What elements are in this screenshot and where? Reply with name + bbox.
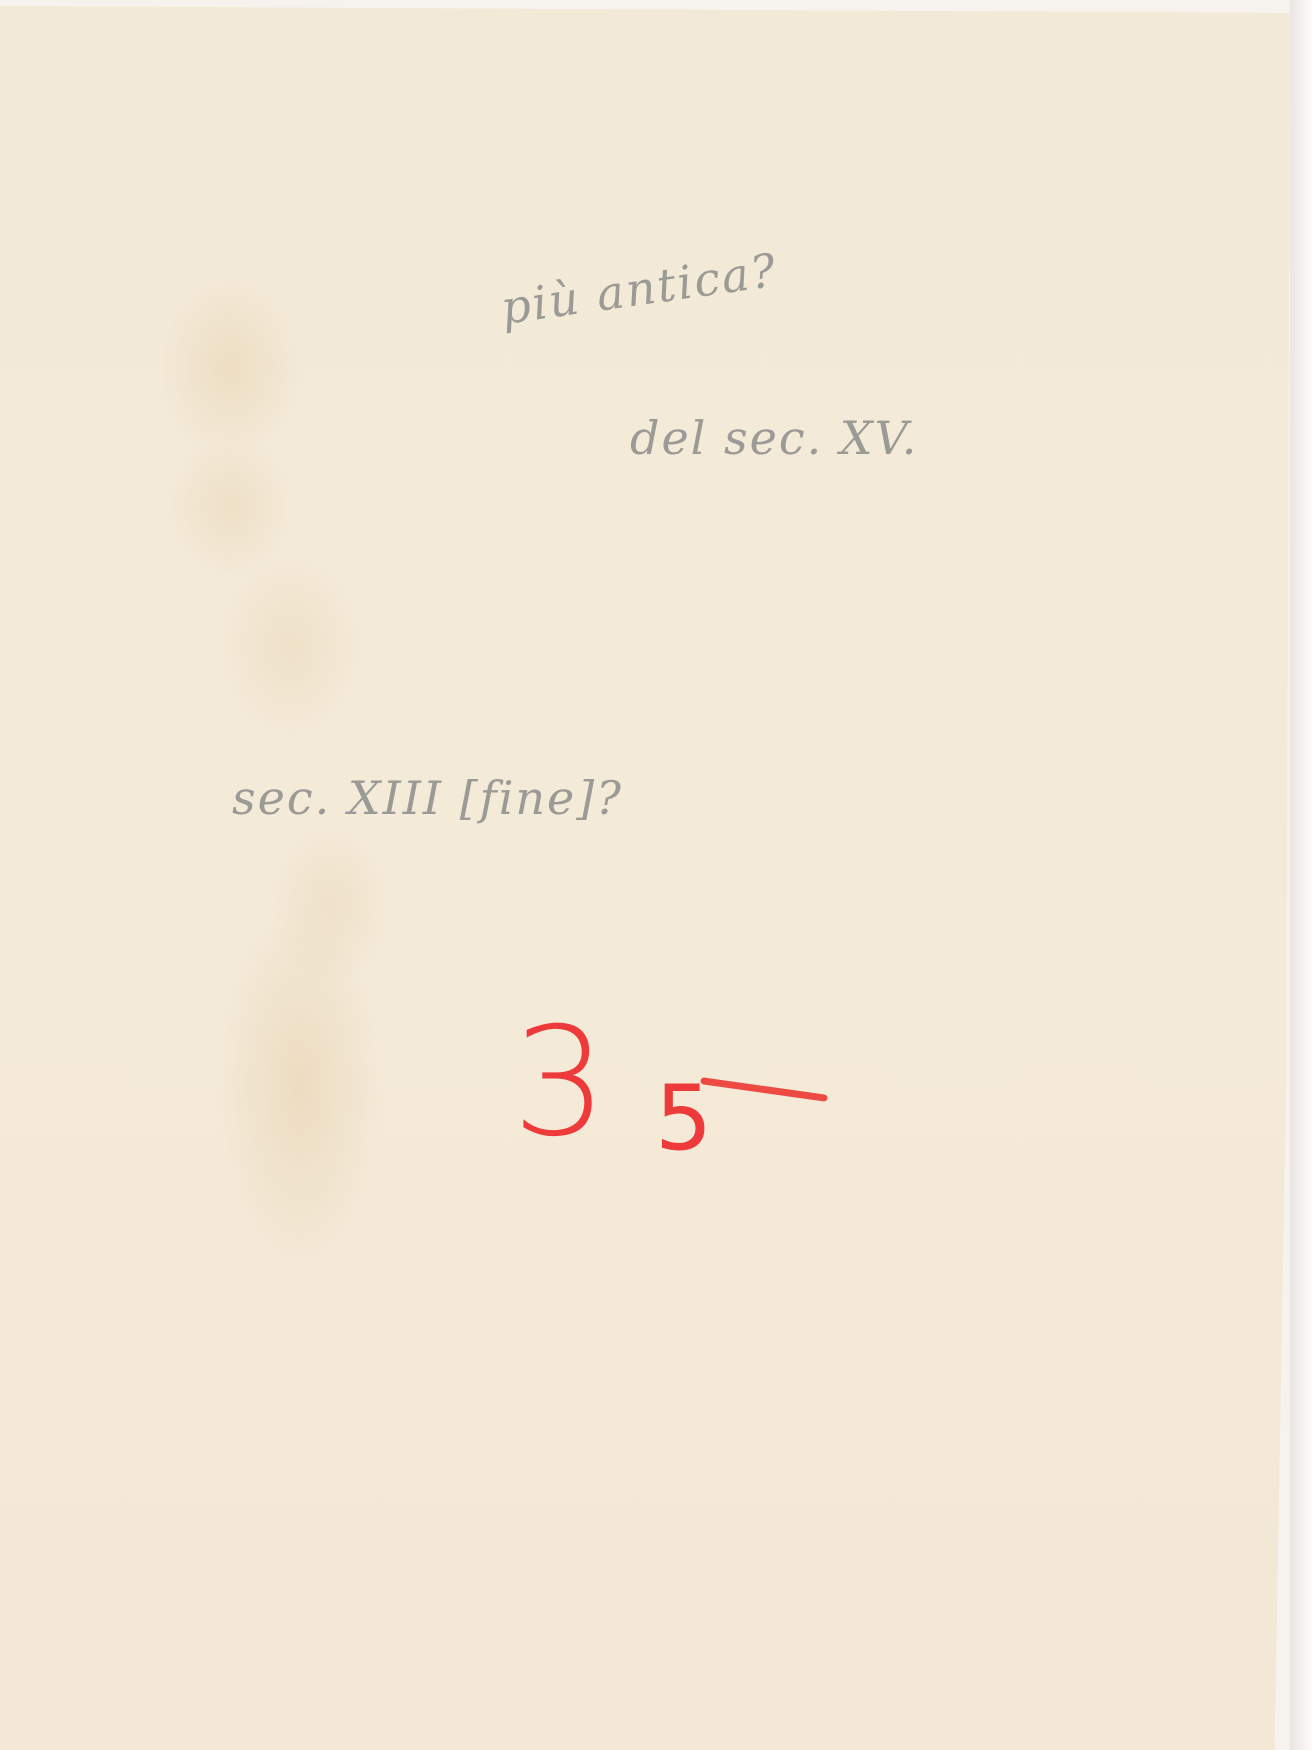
red-underline-stroke [700,1077,828,1102]
pencil-note-piu-antica: più antica? [497,243,780,335]
paper-card: più antica? del sec. XV. sec. XIII [fine… [0,6,1290,1750]
red-number-digit-3: 3 [512,996,607,1170]
pencil-note-sec-xiii-fine: sec. XIII [fine]? [232,771,623,825]
scan-background-edge [1290,0,1312,1750]
pencil-note-del-sec-xv: del sec. XV. [630,411,918,465]
